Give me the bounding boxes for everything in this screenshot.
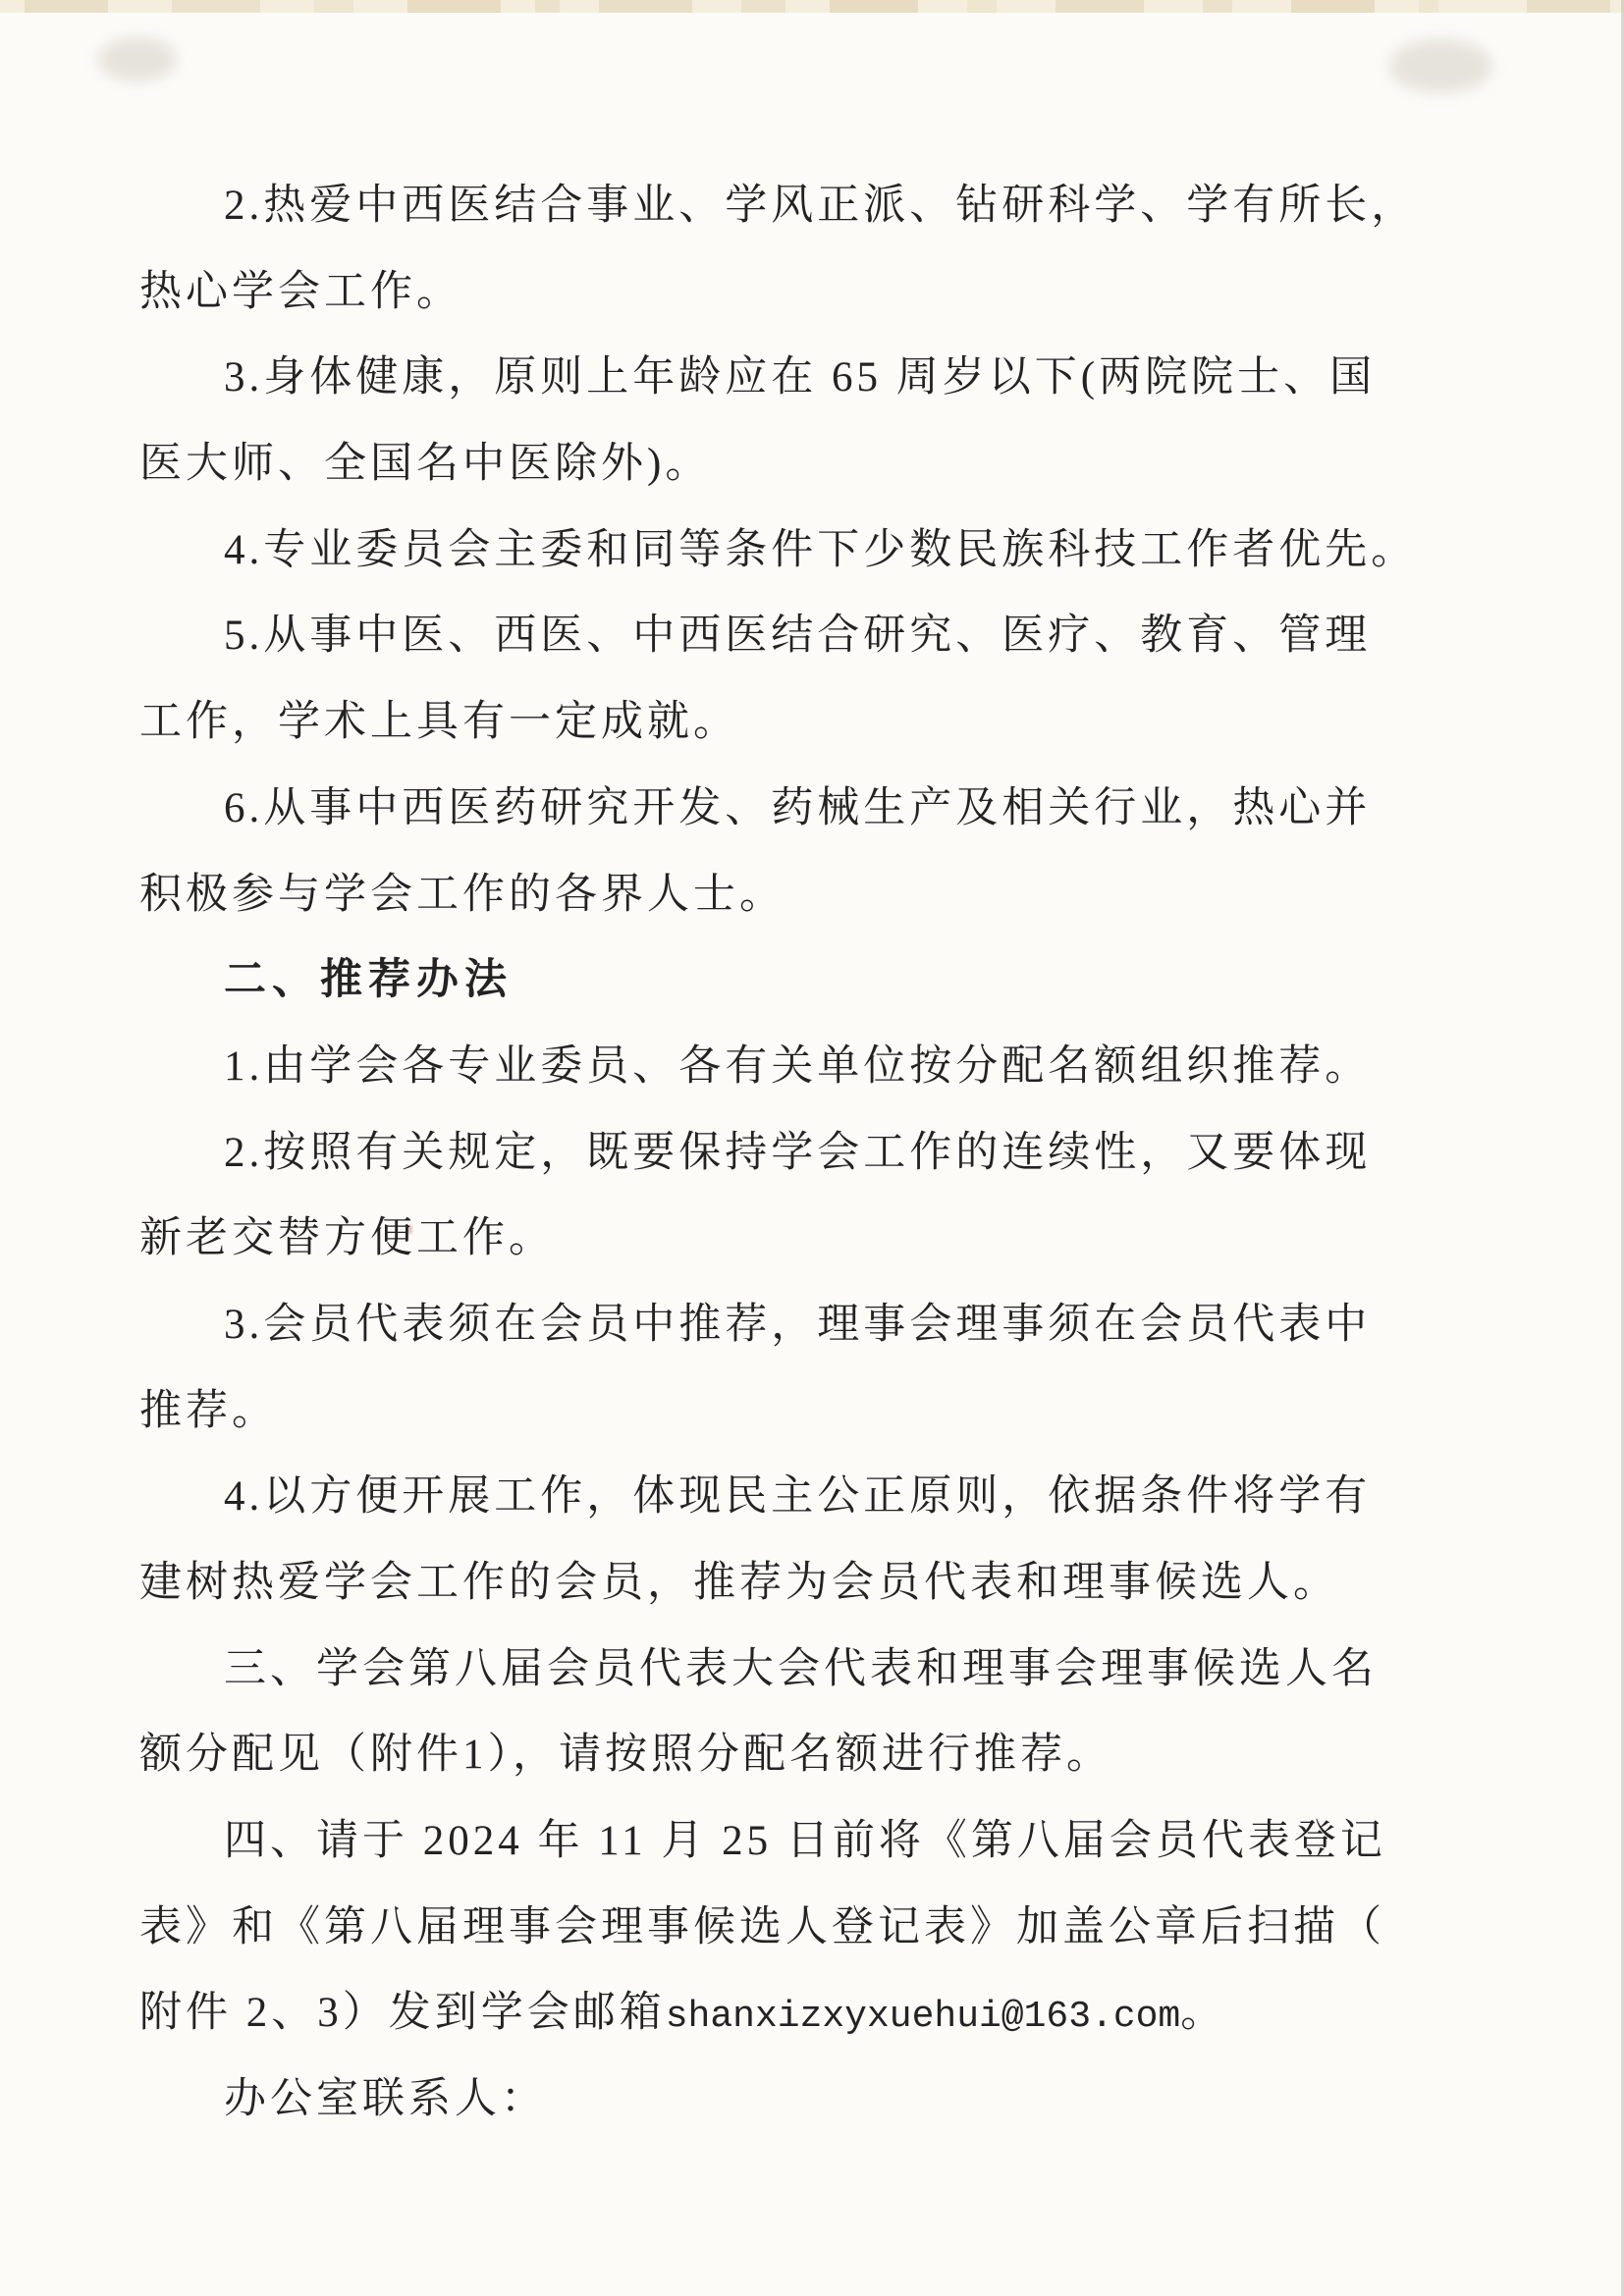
- text-line: 3.身体健康，原则上年龄应在 65 周岁以下(两院院士、国: [139, 335, 1492, 421]
- text-line: 附件 2、3）发到学会邮箱shanxizxyxuehui@163.com。: [139, 1970, 1492, 2056]
- text-line: 4.专业委员会主委和同等条件下少数民族科技工作者优先。: [139, 507, 1492, 594]
- text-line: 办公室联系人：: [139, 2056, 1492, 2143]
- text-line: 6.从事中西医药研究开发、药械生产及相关行业，热心并: [139, 766, 1492, 852]
- scan-artifact: [535, 0, 560, 13]
- text-segment: 附件 2、3）发到学会邮箱: [139, 1990, 666, 2036]
- section-heading: 二、推荐办法: [139, 937, 1492, 1024]
- text-line: 四、请于 2024 年 11 月 25 日前将《第八届会员代表登记: [139, 1798, 1492, 1885]
- text-line: 2.按照有关规定，既要保持学会工作的连续性，又要体现: [139, 1110, 1492, 1197]
- scan-artifact: [172, 0, 260, 13]
- scan-smudge: [1389, 39, 1492, 93]
- scan-artifact: [25, 0, 108, 13]
- scan-artifact: [1203, 0, 1232, 13]
- text-line: 4.以方便开展工作，体现民主公正原则，依据条件将学有: [139, 1454, 1492, 1540]
- text-line: 推荐。: [139, 1368, 1492, 1455]
- text-line: 热心学会工作。: [139, 249, 1492, 336]
- scan-artifact: [1527, 0, 1610, 13]
- scan-artifact: [741, 0, 785, 13]
- scan-artifact: [407, 0, 501, 13]
- text-line: 新老交替方便工作。: [139, 1196, 1492, 1282]
- scan-artifact: [830, 0, 918, 13]
- scan-artifact: [1056, 0, 1144, 13]
- text-line: 医大师、全国名中医除外)。: [139, 421, 1492, 507]
- text-line: 建树热爱学会工作的会员，推荐为会员代表和理事候选人。: [139, 1540, 1492, 1627]
- scan-artifact: [967, 0, 997, 13]
- email-address: shanxizxyxuehui@163.com: [666, 1996, 1181, 2038]
- document-page: 2.热爱中西医结合事业、学风正派、钻研科学、学有所长， 热心学会工作。 3.身体…: [0, 0, 1624, 2296]
- text-line: 积极参与学会工作的各界人士。: [139, 852, 1492, 938]
- text-line: 1.由学会各专业委员、各有关单位按分配名额组织推荐。: [139, 1024, 1492, 1110]
- scan-artifact: [599, 0, 692, 13]
- text-line: 3.会员代表须在会员中推荐，理事会理事须在会员代表中: [139, 1282, 1492, 1368]
- scan-artifact: [1291, 0, 1375, 13]
- scan-artifact-band: [0, 0, 1624, 13]
- text-line: 工作，学术上具有一定成就。: [139, 679, 1492, 766]
- text-line: 三、学会第八届会员代表大会代表和理事会理事候选人名: [139, 1627, 1492, 1713]
- text-line: 表》和《第八届理事会理事候选人登记表》加盖公章后扫描（: [139, 1885, 1492, 1971]
- text-line: 2.热爱中西医结合事业、学风正派、钻研科学、学有所长，: [139, 163, 1492, 249]
- scan-smudge: [98, 37, 177, 81]
- scan-artifact: [314, 0, 353, 13]
- text-block: 2.热爱中西医结合事业、学风正派、钻研科学、学有所长， 热心学会工作。 3.身体…: [139, 163, 1492, 2143]
- text-line: 5.从事中医、西医、中西医结合研究、医疗、教育、管理: [139, 593, 1492, 679]
- text-segment: 。: [1180, 1990, 1226, 2036]
- text-line: 额分配见（附件1），请按照分配名额进行推荐。: [139, 1712, 1492, 1798]
- scan-artifact: [1419, 0, 1438, 13]
